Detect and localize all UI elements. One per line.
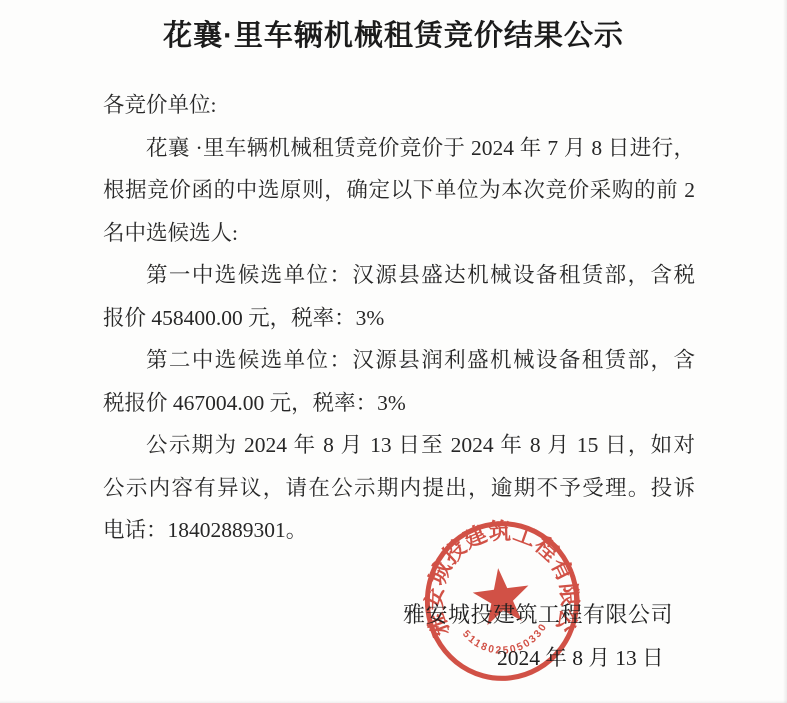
body-line: 根据竞价函的中选原则，确定以下单位为本次竞价采购的前 2 xyxy=(103,169,695,212)
body-line: 名中选候选人: xyxy=(103,212,695,255)
body-line-second-price: 税报价 467004.00 元，税率：3% xyxy=(103,382,695,425)
body-line-first-candidate: 第一中选候选单位：汉源县盛达机械设备租赁部，含税 xyxy=(103,254,695,297)
body-line: 公示内容有异议，请在公示期内提出，逾期不予受理。投诉 xyxy=(103,467,695,510)
body-line-second-candidate: 第二中选候选单位：汉源县润利盛机械设备租赁部，含 xyxy=(103,339,695,382)
body-line-salutation: 各竞价单位: xyxy=(103,84,695,127)
body-line-phone: 电话：18402889301。 xyxy=(103,509,695,552)
document-page: 花襄·里车辆机械租赁竞价结果公示 各竞价单位: 花襄 ·里车辆机械租赁竞价竞价于… xyxy=(0,0,787,703)
signature-company: 雅安城投建筑工程有限公司 xyxy=(403,598,673,629)
body-line: 花襄 ·里车辆机械租赁竞价竞价于 2024 年 7 月 8 日进行， xyxy=(103,127,695,170)
document-body: 各竞价单位: 花襄 ·里车辆机械租赁竞价竞价于 2024 年 7 月 8 日进行… xyxy=(103,84,695,552)
signature-date: 2024 年 8 月 13 日 xyxy=(497,641,664,672)
body-line-first-price: 报价 458400.00 元，税率：3% xyxy=(103,297,695,340)
document-title: 花襄·里车辆机械租赁竞价结果公示 xyxy=(0,13,787,54)
body-line-publicity-period: 公示期为 2024 年 8 月 13 日至 2024 年 8 月 15 日，如对 xyxy=(103,424,695,467)
scan-edge-shadow-right xyxy=(783,0,787,703)
